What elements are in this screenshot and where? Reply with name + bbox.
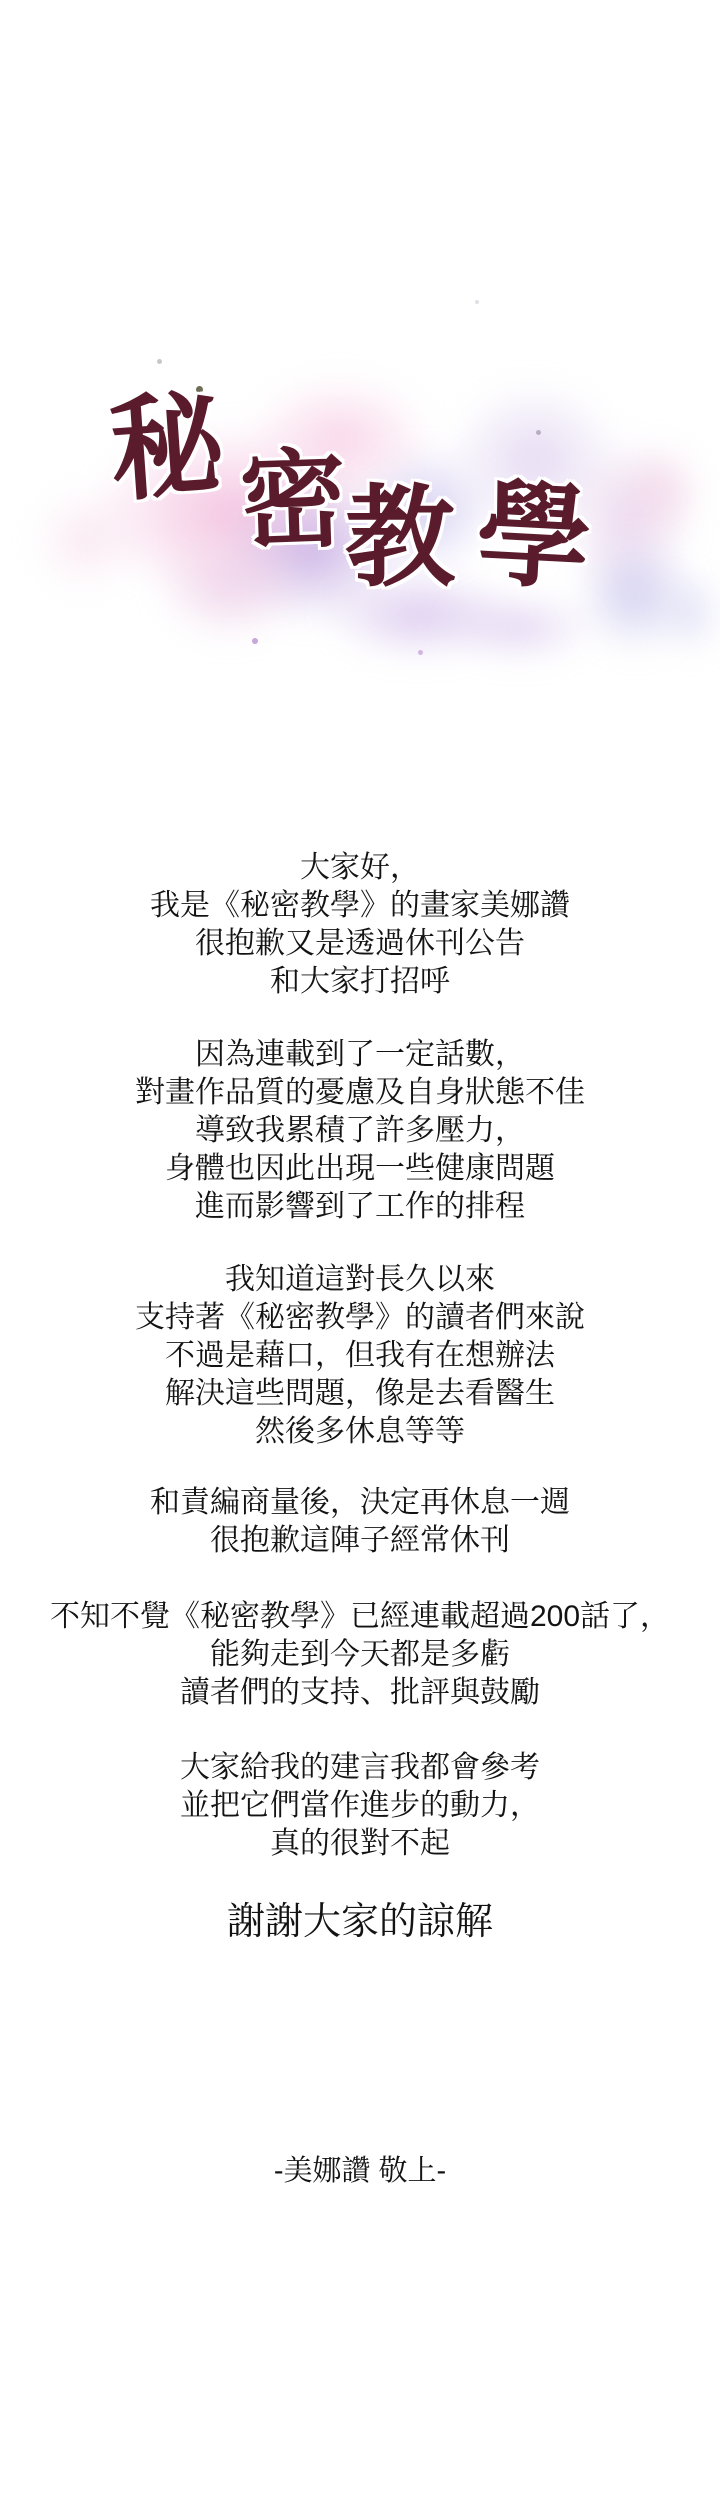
title-char-1: 秘 [106, 386, 228, 508]
letter-line: 不知不覺《秘密教學》已經連載超過200話了， [0, 1598, 720, 1636]
paint-speckle [252, 638, 258, 644]
letter-paragraph-4: 和責編商量後，決定再休息一週 很抱歉這陣子經常休刊 [0, 1484, 720, 1560]
paint-speckle [536, 430, 541, 435]
letter-line: 很抱歉這陣子經常休刊 [0, 1522, 720, 1560]
letter-paragraph-3: 我知道這對長久以來 支持著《秘密教學》的讀者們來說 不過是藉口，但我有在想辦法 … [0, 1261, 720, 1451]
letter-line: 並把它們當作進步的動力， [0, 1787, 720, 1825]
letter-paragraph-1: 大家好， 我是《秘密教學》的畫家美娜讚 很抱歉又是透過休刊公告 和大家打招呼 [0, 849, 720, 1001]
letter-line: 和大家打招呼 [0, 963, 720, 1001]
letter-paragraph-6: 大家給我的建言我都會參考 並把它們當作進步的動力， 真的很對不起 [0, 1749, 720, 1863]
letter-line: 能夠走到今天都是多虧 [0, 1636, 720, 1674]
letter-line: 解決這些問題，像是去看醫生 [0, 1375, 720, 1413]
letter-line: 我知道這對長久以來 [0, 1261, 720, 1299]
letter-paragraph-5: 不知不覺《秘密教學》已經連載超過200話了， 能夠走到今天都是多虧 讀者們的支持… [0, 1598, 720, 1712]
hiatus-notice-page: 秘 密 教 學 大家好， 我是《秘密教學》的畫家美娜讚 很抱歉又是透過休刊公告 … [0, 0, 720, 2500]
signature-line: -美娜讚 敬上- [0, 2152, 720, 2190]
letter-line: 導致我累積了許多壓力， [0, 1112, 720, 1150]
letter-line: 讀者們的支持、批評與鼓勵 [0, 1674, 720, 1712]
paint-speckle [418, 650, 423, 655]
letter-line: 不過是藉口，但我有在想辦法 [0, 1337, 720, 1375]
letter-line: 然後多休息等等 [0, 1413, 720, 1451]
letter-line: 因為連載到了一定話數， [0, 1036, 720, 1074]
letter-paragraph-2: 因為連載到了一定話數， 對畫作品質的憂慮及自身狀態不佳 導致我累積了許多壓力， … [0, 1036, 720, 1226]
letter-line: 很抱歉又是透過休刊公告 [0, 925, 720, 963]
title-char-2: 密 [238, 445, 348, 555]
letter-line: 身體也因此出現一些健康問題 [0, 1150, 720, 1188]
letter-line: 大家好， [0, 849, 720, 887]
letter-line: 真的很對不起 [0, 1825, 720, 1863]
title-char-3: 教 [345, 483, 455, 593]
paint-speckle [475, 300, 479, 304]
letter-line: 支持著《秘密教學》的讀者們來說 [0, 1299, 720, 1337]
letter-line: 對畫作品質的憂慮及自身狀態不佳 [0, 1074, 720, 1112]
closing-line: 謝謝大家的諒解 [0, 1899, 720, 1945]
letter-line: 大家給我的建言我都會參考 [0, 1749, 720, 1787]
letter-line: 我是《秘密教學》的畫家美娜讚 [0, 887, 720, 925]
letter-line: 和責編商量後，決定再休息一週 [0, 1484, 720, 1522]
letter-line: 進而影響到了工作的排程 [0, 1188, 720, 1226]
watercolor-blob [600, 425, 720, 555]
title-char-4: 學 [474, 476, 594, 596]
paint-speckle [157, 359, 162, 364]
